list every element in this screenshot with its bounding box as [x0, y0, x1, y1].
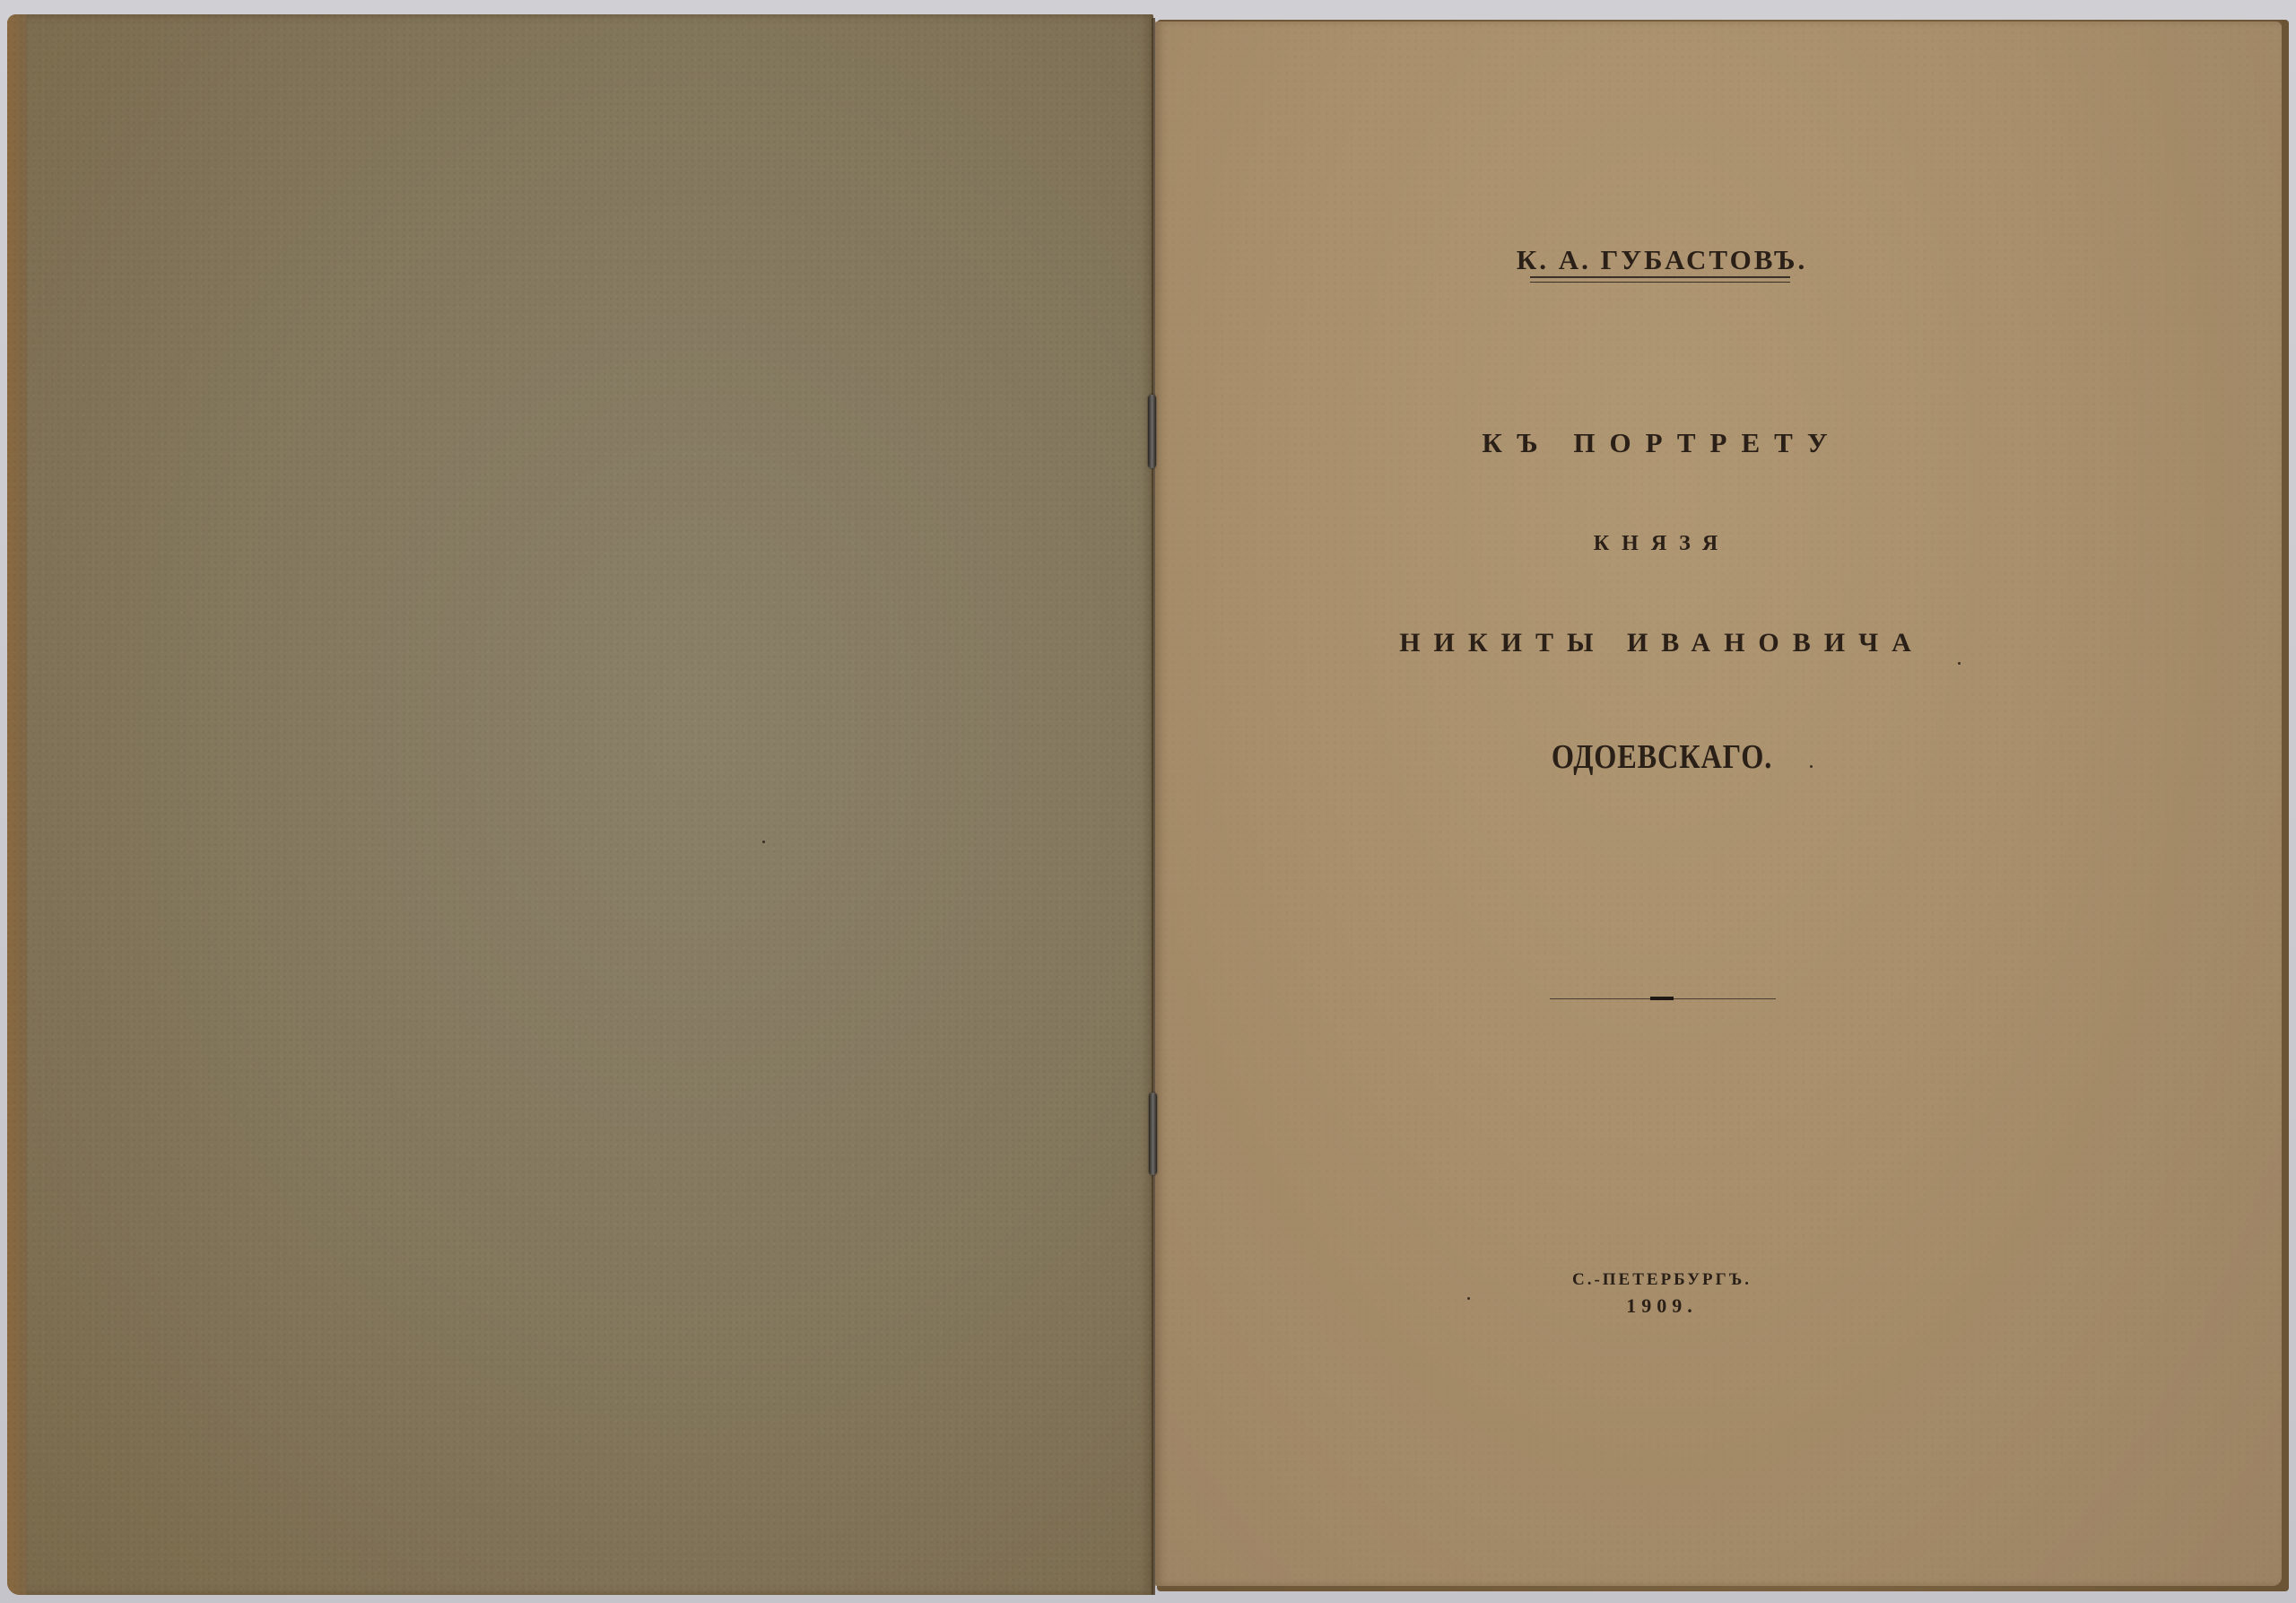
- staple-bottom-icon: [1149, 1093, 1157, 1175]
- title-line-1: КЪ ПОРТРЕТУ: [1155, 427, 2169, 459]
- left-page-inside-cover: [7, 14, 1153, 1595]
- ornamental-rule-center: [1650, 997, 1674, 1000]
- author-name: К. А. ГУБАСТОВЪ.: [1155, 244, 2169, 276]
- title-line-4: ОДОЕВСКАГО.: [1231, 737, 2093, 777]
- ink-speck: [1958, 662, 1961, 665]
- ink-speck: [1467, 1297, 1470, 1300]
- title-line-3: НИКИТЫ ИВАНОВИЧА: [1155, 628, 2169, 658]
- title-line-2: КНЯЗЯ: [1155, 532, 2169, 556]
- ink-speck: [1810, 765, 1813, 768]
- ink-speck: [762, 841, 765, 843]
- imprint-place: С.-ПЕТЕРБУРГЪ.: [1155, 1270, 2169, 1290]
- author-underline: [1530, 276, 1790, 283]
- imprint-year: 1909.: [1155, 1294, 2169, 1318]
